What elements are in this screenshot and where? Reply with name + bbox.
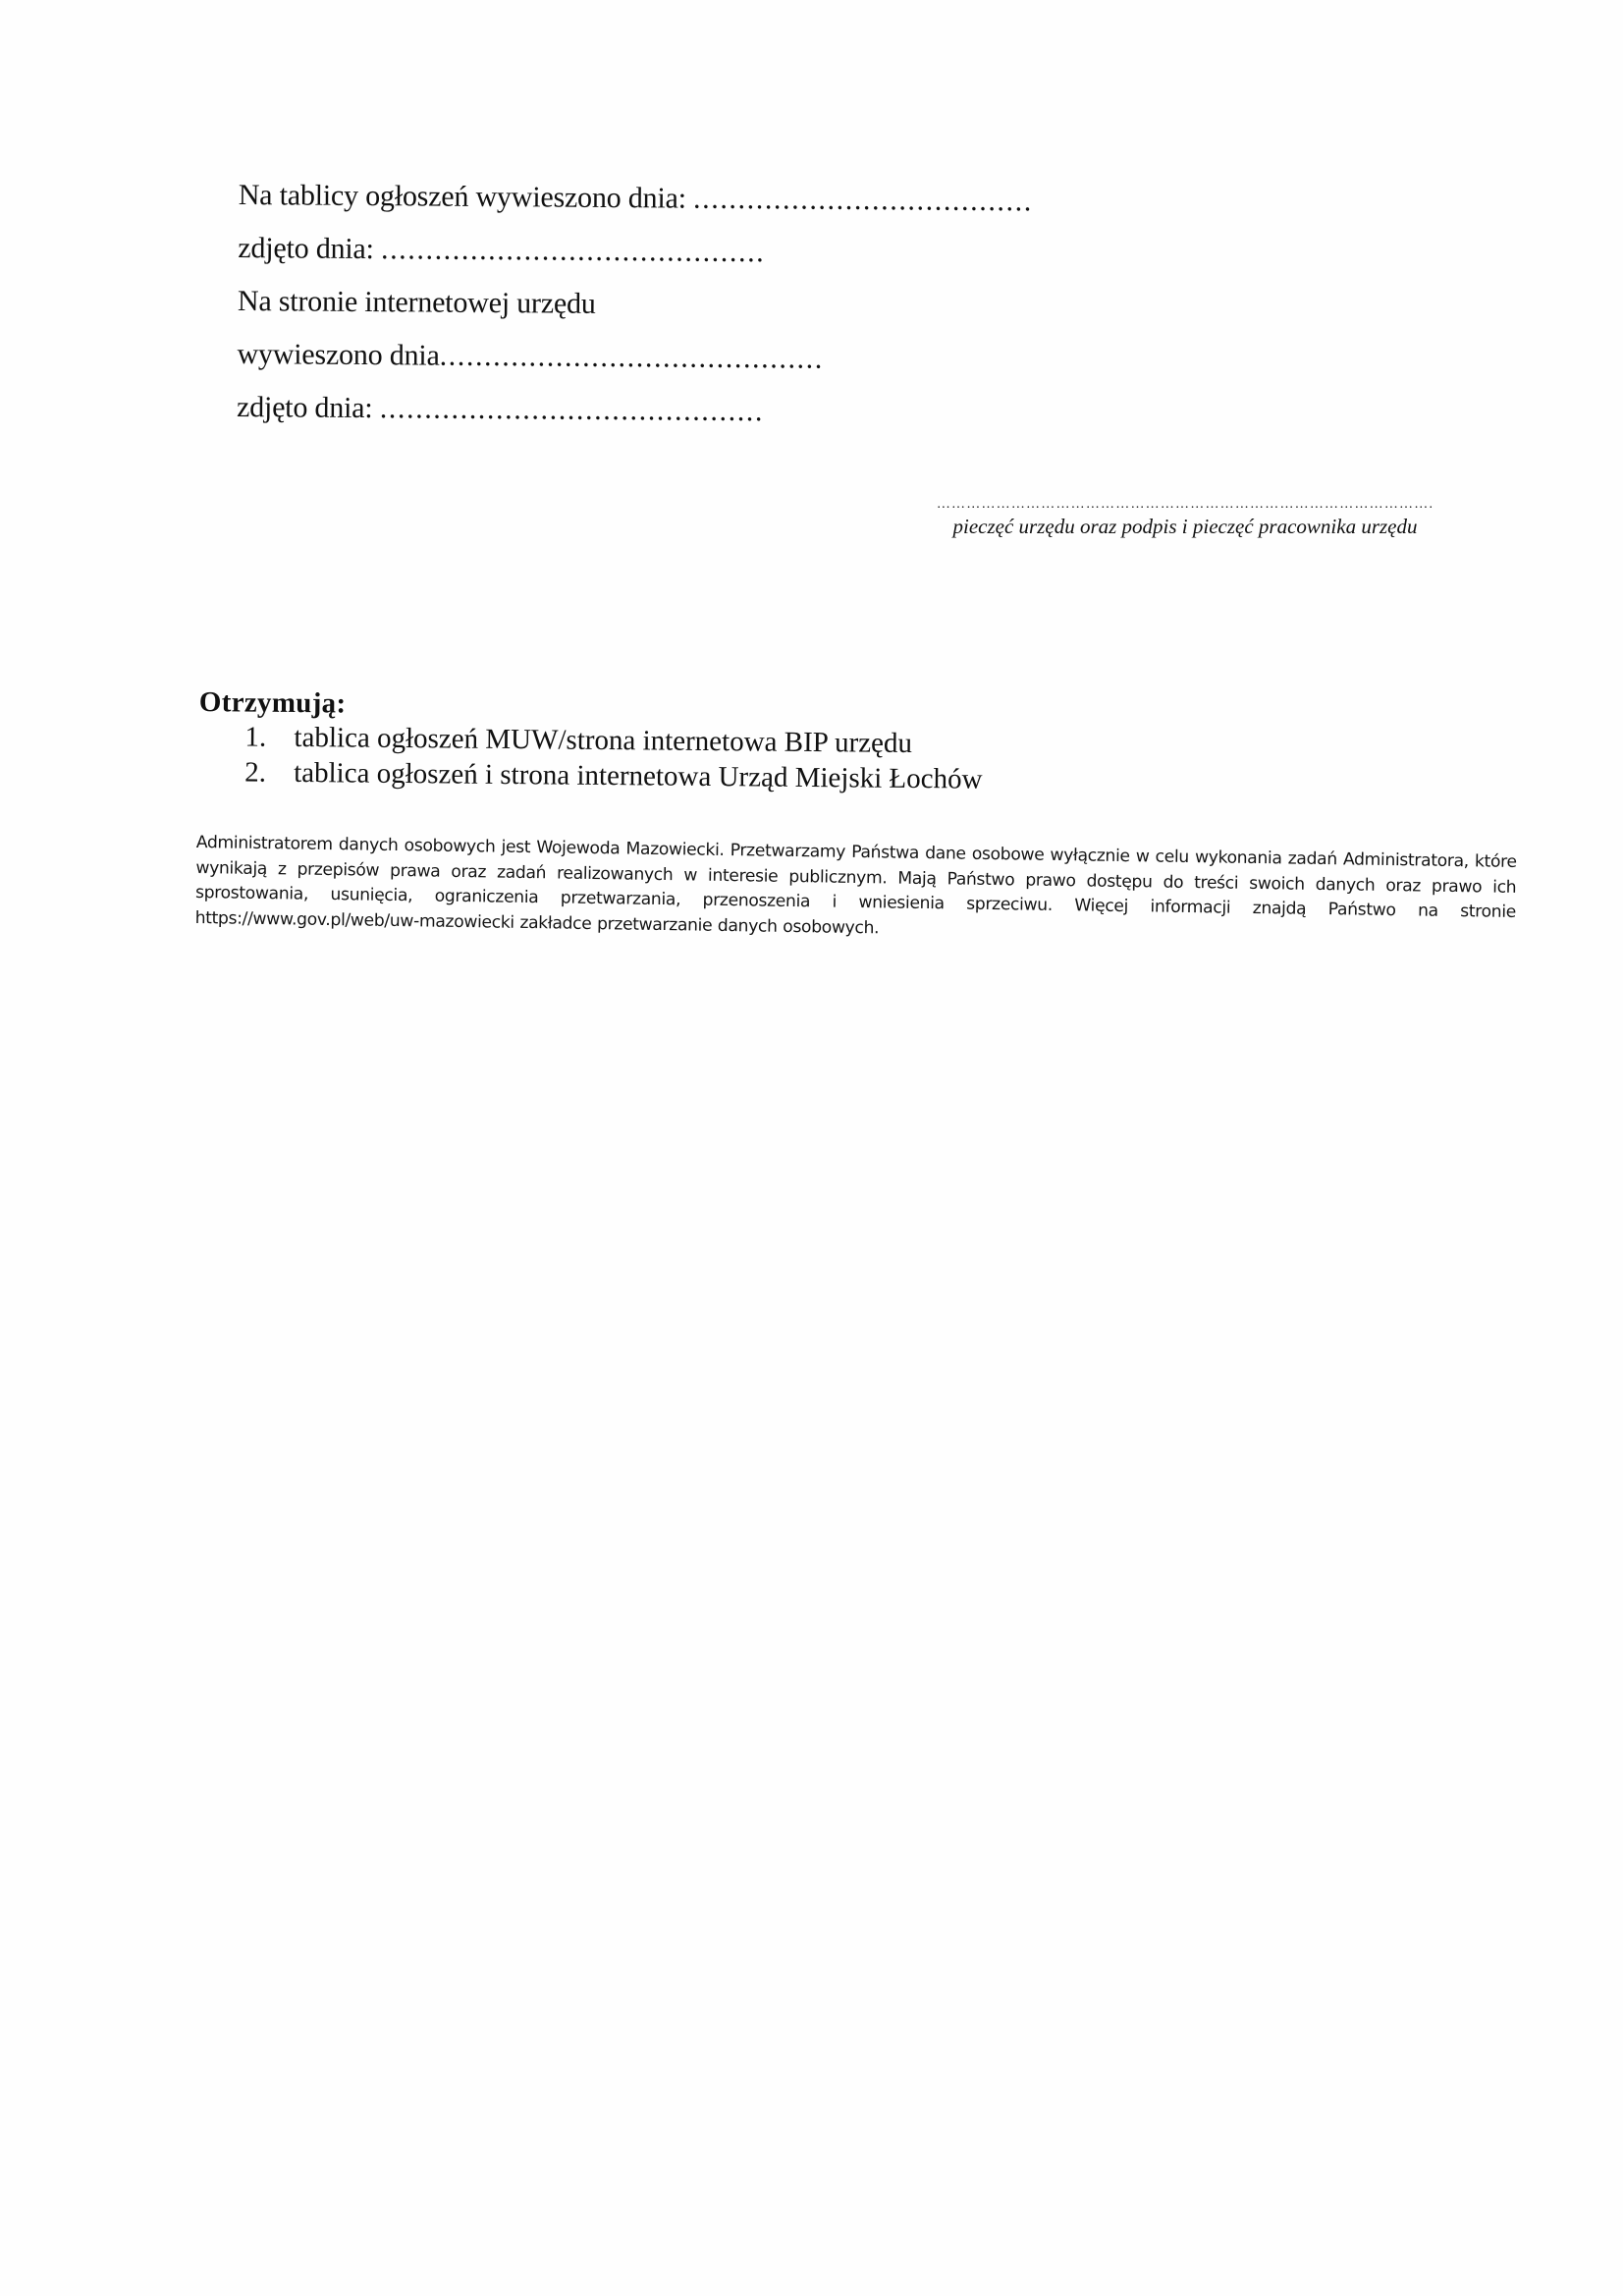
removed-from-website-line: zdjęto dnia: ...........................… (237, 381, 1032, 440)
posted-on-board-line: Na tablicy ogłoszeń wywieszono dnia: ...… (239, 169, 1034, 228)
posted-on-board-date-field: ...................................... (693, 183, 1033, 218)
signature-line: ………………………………………………………………………………………. (920, 496, 1450, 514)
document-page: Na tablicy ogłoszeń wywieszono dnia: ...… (0, 0, 1623, 2296)
posted-on-website-date-field: ........................................… (440, 340, 825, 375)
recipient-number: 2. (244, 754, 294, 790)
recipients-section: Otrzymują: 1. tablica ogłoszeń MUW/stron… (198, 685, 983, 797)
recipient-number: 1. (244, 719, 294, 754)
posted-on-board-label: Na tablicy ogłoszeń wywieszono dnia: (239, 179, 694, 215)
data-protection-notice: Administratorem danych osobowych jest Wo… (194, 831, 1516, 951)
removed-from-board-date-field: ........................................… (381, 233, 766, 268)
removed-from-website-label: zdjęto dnia: (237, 391, 380, 424)
website-heading-line: Na stronie internetowej urzędu (238, 275, 1033, 334)
signature-block: ………………………………………………………………………………………. piecz… (920, 496, 1450, 539)
removed-from-board-label: zdjęto dnia: (238, 232, 381, 265)
posting-record: Na tablicy ogłoszeń wywieszono dnia: ...… (237, 169, 1033, 440)
recipient-item: 2. tablica ogłoszeń i strona internetowa… (244, 754, 983, 796)
recipient-text: tablica ogłoszeń i strona internetowa Ur… (294, 755, 983, 797)
signature-caption: pieczęć urzędu oraz podpis i pieczęć pra… (920, 514, 1450, 539)
removed-from-board-line: zdjęto dnia: ...........................… (238, 222, 1033, 281)
website-heading: Na stronie internetowej urzędu (238, 285, 596, 320)
recipients-list: 1. tablica ogłoszeń MUW/strona interneto… (198, 719, 983, 797)
posted-on-website-label: wywieszono dnia (237, 338, 439, 372)
removed-from-website-date-field: ........................................… (380, 392, 765, 427)
recipient-text: tablica ogłoszeń MUW/strona internetowa … (294, 720, 912, 761)
posted-on-website-line: wywieszono dnia.........................… (237, 328, 1032, 387)
